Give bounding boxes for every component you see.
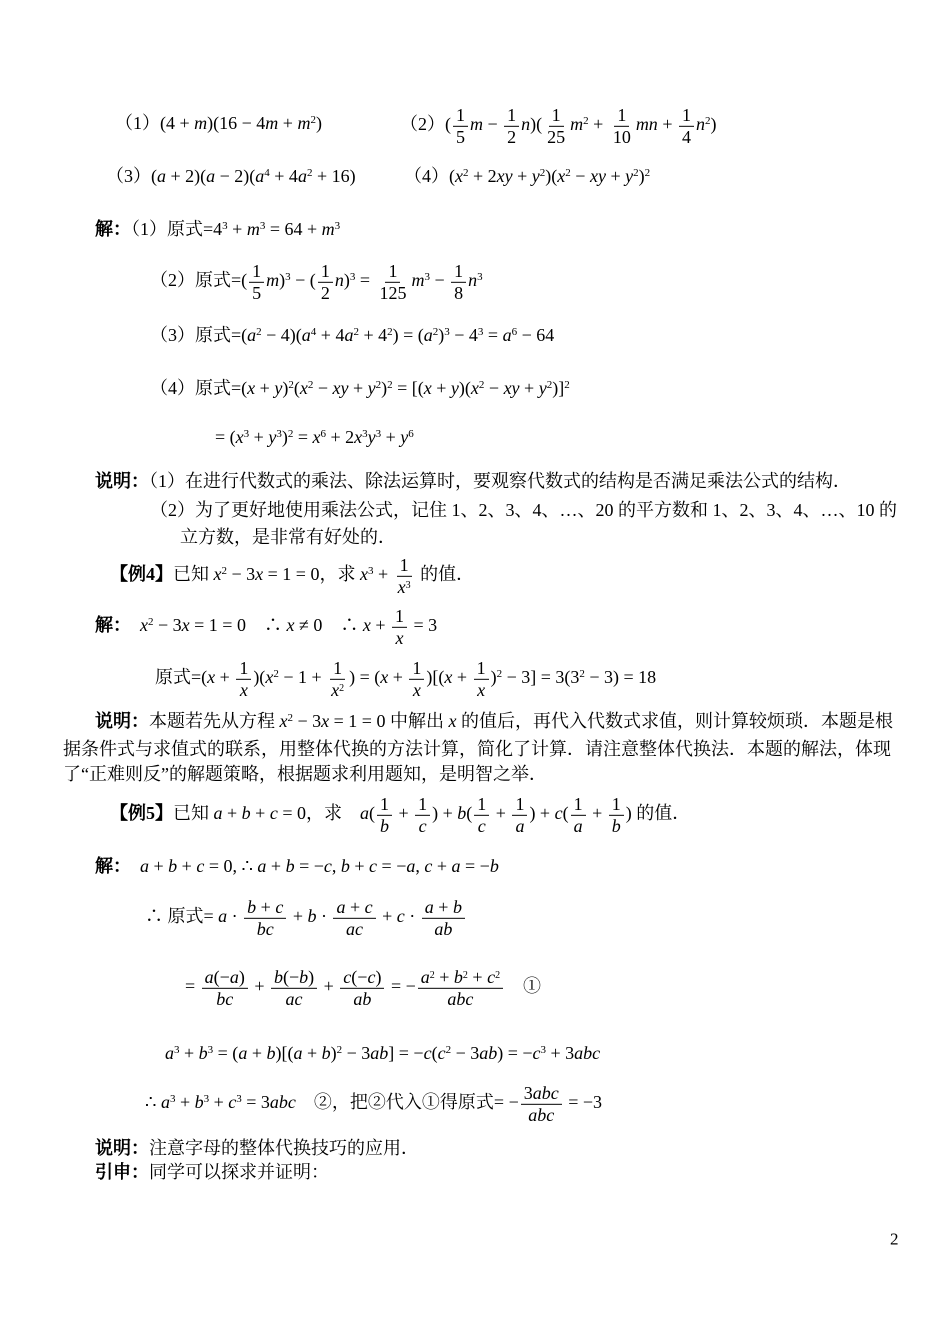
ex4-note-line-1: 说明：本题若先从方程 x2 − 3x = 1 = 0 中解出 x 的值后，再代入… [95, 710, 893, 733]
ex5-solution-line-2: ∴ 原式= a · b + cbc + b · a + cac + c · a … [145, 897, 467, 939]
ex3-note-line-2: （2）为了更好地使用乘法公式，记住 1、2、3、4、…、20 的平方数和 1、2… [150, 499, 897, 522]
fraction: 1x [409, 658, 424, 700]
fraction: c(−c)ab [340, 967, 384, 1009]
problem-item-1: （1）(4 + m)(16 − 4m + m2) [115, 112, 322, 135]
fraction: 1a [571, 794, 586, 836]
fraction: 1125 [376, 261, 409, 303]
fraction: 15 [249, 261, 264, 303]
fraction: 3abcabc [521, 1083, 562, 1125]
ex3-solution-line-3: （3）原式=(a2 − 4)(a4 + 4a2 + 42) = (a2)3 − … [150, 324, 554, 347]
fraction: 1x [474, 658, 489, 700]
ex4-note-line-2: 据条件式与求值式的联系，用整体代换的方法计算，简化了计算．请注意整体代换法．本题… [63, 738, 891, 761]
ex5-note: 说明：注意字母的整体代换技巧的应用． [95, 1137, 419, 1160]
ex5-solution-line-1: 解： a + b + c = 0, ∴ a + b = −c, b + c = … [95, 855, 499, 878]
ex5-solution-line-4: a3 + b3 = (a + b)[(a + b)2 − 3ab] = −c(c… [165, 1042, 600, 1065]
ex4-title: 【例4】已知 x2 − 3x = 1 = 0，求 x3 + 1x3 的值． [110, 555, 474, 597]
fraction: a + bab [422, 897, 465, 939]
fraction: a2 + b2 + c2abc [418, 967, 503, 1009]
fraction: 1b [609, 794, 624, 836]
fraction: 1b [377, 794, 392, 836]
ex3-note-line-3: 立方数，是非常有好处的． [180, 526, 396, 549]
fraction: 110 [610, 105, 634, 147]
fraction: 12 [318, 261, 333, 303]
ex5-solution-line-3: = a(−a)bc + b(−b)ac + c(−c)ab = −a2 + b2… [185, 967, 541, 1009]
fraction: 1x2 [328, 658, 347, 700]
ex3-solution-line-2: （2）原式=(15m)3 − (12n)3 = 1125m3 − 18n3 [150, 261, 483, 303]
fraction: 125 [544, 105, 568, 147]
fraction: 12 [504, 105, 519, 147]
ex5-title: 【例5】已知 a + b + c = 0，求 a(1b + 1c) + b(1c… [110, 794, 690, 836]
fraction: 15 [453, 105, 468, 147]
fraction: 1a [512, 794, 527, 836]
fraction: 1c [415, 794, 430, 836]
ex3-solution-line-1: 解：（1）原式=43 + m3 = 64 + m3 [95, 218, 340, 241]
ex5-solution-line-5: ∴ a3 + b3 + c3 = 3abc ②，把②代入①得原式= −3abca… [145, 1083, 602, 1125]
fraction: b(−b)ac [271, 967, 317, 1009]
fraction: a + cac [333, 897, 375, 939]
document-page: （1）(4 + m)(16 − 4m + m2) （2）(15m − 12n)(… [0, 0, 950, 1318]
extension-note: 引申：同学可以探求并证明： [95, 1161, 329, 1184]
fraction: a(−a)bc [202, 967, 248, 1009]
problem-item-2: （2）(15m − 12n)(125m2 + 110mn + 14n2) [400, 105, 716, 147]
fraction: 1c [474, 794, 489, 836]
ex4-note-line-3: 了“正难则反”的解题策略，根据题求利用题知，是明智之举． [63, 763, 547, 786]
fraction: 14 [679, 105, 694, 147]
fraction: 1x3 [395, 555, 414, 597]
problem-item-4: （4）(x2 + 2xy + y2)(x2 − xy + y2)2 [404, 165, 650, 188]
ex4-solution-line-1: 解： x2 − 3x = 1 = 0 ∴ x ≠ 0 ∴ x + 1x = 3 [95, 606, 437, 648]
page-number: 2 [890, 1228, 899, 1249]
ex4-solution-line-2: 原式=(x + 1x)(x2 − 1 + 1x2) = (x + 1x)[(x … [155, 658, 656, 700]
fraction: b + cbc [244, 897, 286, 939]
ex3-solution-line-5: = (x3 + y3)2 = x6 + 2x3y3 + y6 [215, 426, 414, 449]
ex3-solution-line-4: （4）原式=(x + y)2(x2 − xy + y2)2 = [(x + y)… [150, 377, 570, 400]
fraction: 1x [392, 606, 407, 648]
ex3-note-line-1: 说明：（1）在进行代数式的乘法、除法运算时，要观察代数式的结构是否满足乘法公式的… [95, 470, 851, 493]
problem-item-3: （3）(a + 2)(a − 2)(a4 + 4a2 + 16) [106, 165, 356, 188]
fraction: 1x [236, 658, 251, 700]
fraction: 18 [451, 261, 466, 303]
